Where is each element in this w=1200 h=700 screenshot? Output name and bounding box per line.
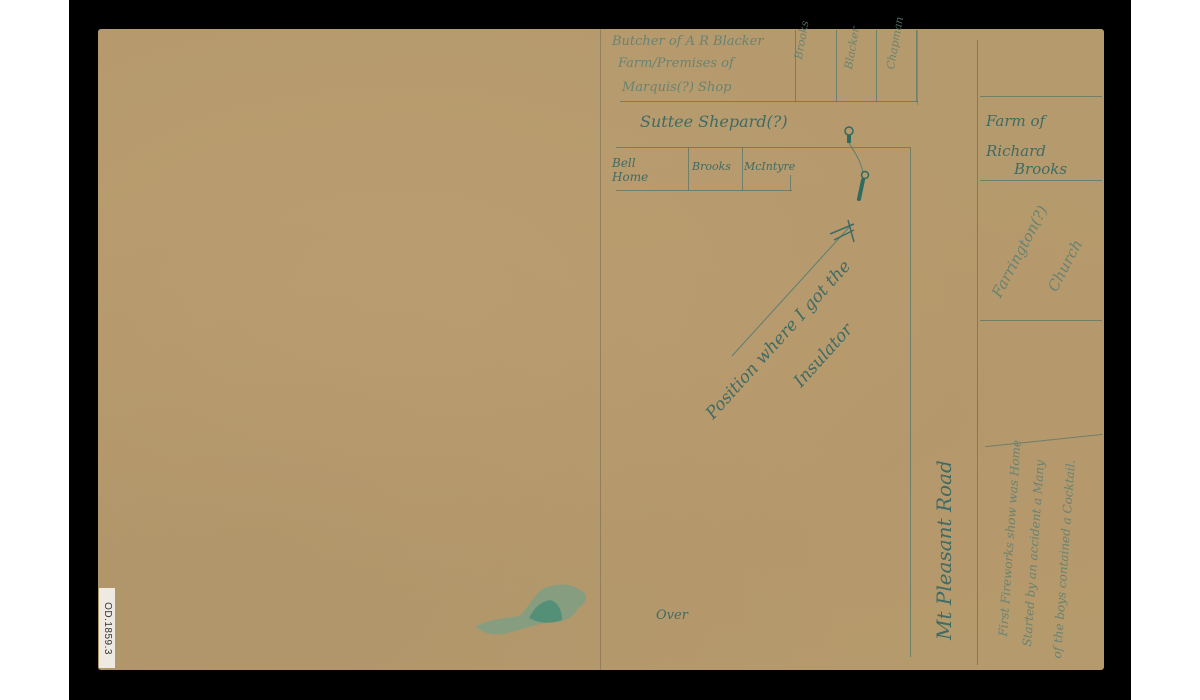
farm-line-3: Brooks (1014, 160, 1067, 178)
top-block-line-1: Butcher of A R Blacker (612, 34, 764, 49)
accession-number: OD.1859.3 (102, 602, 113, 655)
building-divider-3 (790, 175, 791, 191)
over-note: Over (656, 608, 688, 623)
building-brooks: Brooks (692, 160, 731, 173)
top-block-col-3 (876, 30, 877, 102)
road-right-line (977, 40, 978, 665)
insulator-pole-icon (835, 125, 875, 205)
building-divider-2 (742, 147, 743, 191)
farm-line-1: Farm of (986, 112, 1045, 130)
top-block-col-2 (836, 30, 837, 102)
road-label: Mt Pleasant Road (932, 460, 956, 640)
farm-line-2: Richard (986, 142, 1046, 160)
right-col-line-2 (980, 180, 1102, 181)
building-divider-1 (688, 147, 689, 191)
fold-line (600, 29, 601, 670)
accession-label: OD.1859.3 (99, 588, 115, 668)
top-block-line-3: Marquis(?) Shop (622, 80, 731, 95)
plot-right-line (910, 147, 911, 657)
right-col-line-1 (980, 96, 1102, 97)
top-block-line-2: Farm/Premises of (618, 56, 734, 71)
building-mcintyre: McIntyre (744, 160, 795, 173)
buildings-bottom-line (616, 190, 792, 191)
building-bell-home: Bell Home (612, 156, 672, 184)
top-block-bottom-line (620, 101, 918, 102)
right-col-line-3 (980, 320, 1102, 321)
road-left-line (917, 30, 918, 105)
street-label: Suttee Shepard(?) (640, 112, 788, 131)
green-stain (474, 578, 594, 638)
